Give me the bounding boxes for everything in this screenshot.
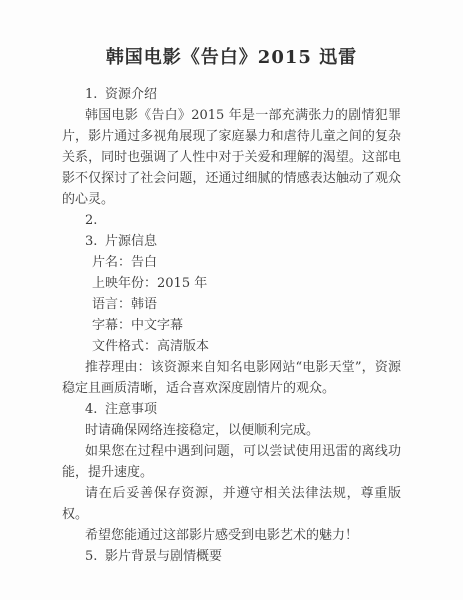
list-number: 1. [85,84,105,105]
detail: 上映年份：2015 年 [62,273,401,294]
list-label: 资源介绍 [105,87,157,102]
list-item: 1.资源介绍 [62,84,401,105]
paragraph: 时请确保网络连接稳定，以便顺利完成。 [62,420,401,441]
detail: 语言：韩语 [62,294,401,315]
list-item: 5.影片背景与剧情概要 [62,546,401,567]
list-number: 2. [85,210,105,231]
list-number: 3. [85,231,105,252]
detail: 字幕：中文字幕 [62,315,401,336]
paragraph: 希望您能通过这部影片感受到电影艺术的魅力！ [62,525,401,546]
list-label: 片源信息 [105,234,157,249]
document-page: 韩国电影《告白》2015 迅雷 1.资源介绍韩国电影《告白》2015 年是一部充… [0,0,463,600]
paragraph: 请在后妥善保存资源，并遵守相关法律法规，尊重版权。 [62,483,401,525]
paragraph: 推荐理由：该资源来自知名电影网站“电影天堂”，资源稳定且画质清晰，适合喜欢深度剧… [62,357,401,399]
list-item: 3.片源信息 [62,231,401,252]
list-number: 5. [85,546,105,567]
document-body: 1.资源介绍韩国电影《告白》2015 年是一部充满张力的剧情犯罪片，影片通过多视… [62,84,401,567]
paragraph: 韩国电影《告白》2015 年是一部充满张力的剧情犯罪片，影片通过多视角展现了家庭… [62,105,401,210]
detail: 片名：告白 [62,252,401,273]
document-title: 韩国电影《告白》2015 迅雷 [62,45,401,71]
list-item: 2. [62,210,401,231]
list-item: 4.注意事项 [62,399,401,420]
list-number: 4. [85,399,105,420]
paragraph: 如果您在过程中遇到问题，可以尝试使用迅雷的离线功能，提升速度。 [62,441,401,483]
list-label: 影片背景与剧情概要 [105,549,222,564]
detail: 文件格式：高清版本 [62,336,401,357]
list-label: 注意事项 [105,402,157,417]
